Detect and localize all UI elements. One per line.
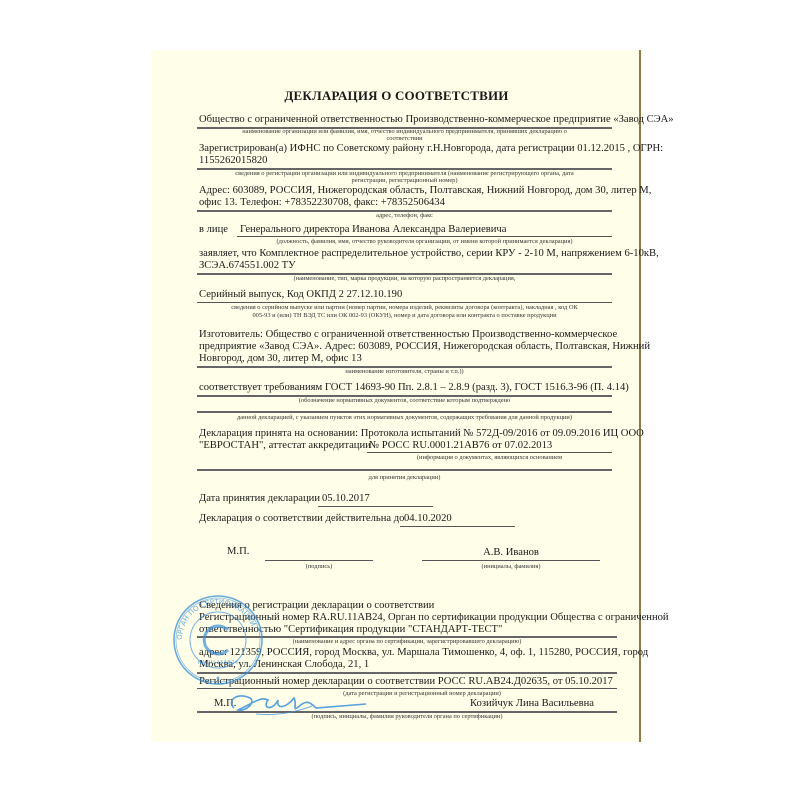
caption: (информация о документах, являющихся осн…: [367, 454, 612, 462]
valid-until-value: 04.10.2020: [404, 512, 452, 525]
caption: (наименование, тип, марка продукции, на …: [197, 275, 612, 283]
underline: [197, 302, 612, 303]
manufacturer-line-3: Новгород, дом 30, литер М, офис 13: [199, 352, 362, 365]
caption: для принятия декларации): [197, 474, 612, 482]
caption: 005-93 и (или) ТН ВЭД ТС или ОК 002-93 (…: [197, 312, 612, 320]
caption: адрес, телефон, факс: [197, 212, 612, 220]
product-spec: ЗСЭА.674551.002 ТУ: [199, 259, 296, 272]
caption: данной декларацией, с указанием пунктов …: [197, 414, 612, 422]
caption: (подпись): [265, 563, 373, 571]
underline: [400, 526, 515, 527]
certification-stamp-icon: ОРГАН ПО СЕРТИФИКАЦИИ RA.RU.11АВ24: [172, 594, 264, 686]
caption: (обозначение нормативных документов, соо…: [197, 397, 612, 405]
registration-line: Зарегистрирован(а) ИФНС по Советскому ра…: [199, 142, 663, 155]
signature-scribble-icon: [216, 686, 366, 722]
compliance-standards: соответствует требованиям ГОСТ 14693-90 …: [199, 381, 629, 394]
valid-until-label: Декларация о соответствии действительна …: [199, 512, 404, 525]
svg-text:RA.RU.11АВ24: RA.RU.11АВ24: [198, 660, 239, 666]
caption: наименование изготовителя, страны и т.п.…: [197, 368, 612, 376]
caption: сведения о серийном выпуске или партии (…: [197, 304, 612, 312]
representative: Генерального директора Иванова Александр…: [240, 223, 506, 236]
accreditation-number: № РОСС RU.0001.21АВ76 от 07.02.2013: [369, 439, 552, 452]
underline: [197, 411, 612, 413]
represented-prefix: в лице: [199, 223, 228, 236]
serial-info: Серийный выпуск, Код ОКПД 2 27.12.10.190: [199, 288, 402, 301]
underline: [197, 469, 612, 471]
underline: [237, 236, 612, 237]
underline: [318, 506, 433, 507]
caption: (должность, фамилия, имя, отчество руков…: [237, 238, 612, 246]
ogrn-value: 1155262015820: [199, 154, 267, 167]
underline: [367, 452, 612, 453]
caption: (инициалы, фамилия): [422, 563, 600, 571]
basis-line-2-prefix: "ЕВРОСТАН", аттестат аккредитации: [199, 439, 371, 452]
certification-head-name: Козийчук Лина Васильевна: [470, 697, 594, 710]
accepted-date-label: Дата принятия декларации: [199, 492, 320, 505]
underline: [422, 560, 600, 561]
document-title: ДЕКЛАРАЦИЯ О СООТВЕТСТВИИ: [152, 88, 641, 104]
accepted-date-value: 05.10.2017: [322, 492, 370, 505]
declaration-page: ДЕКЛАРАЦИЯ О СООТВЕТСТВИИ Общество с огр…: [152, 50, 641, 742]
applicant-name: Общество с ограниченной ответственностью…: [199, 113, 674, 126]
applicant-contacts: офис 13. Телефон: +78352230708, факс: +7…: [199, 196, 445, 209]
seal-place-label: М.П.: [227, 545, 249, 558]
signatory-name: А.В. Иванов: [422, 546, 600, 559]
signature-line: [265, 560, 373, 561]
